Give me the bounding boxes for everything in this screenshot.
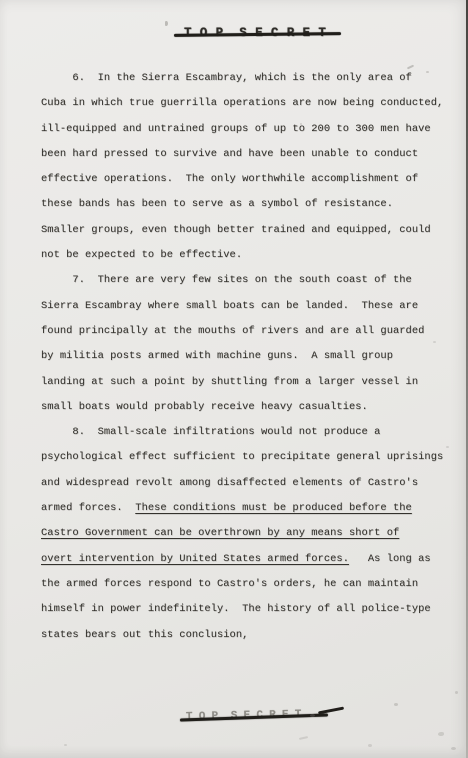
scan-speck: [368, 744, 372, 747]
scan-speck: [165, 21, 168, 26]
typed-text-line: Smaller groups, even though better train…: [41, 218, 461, 243]
typed-text-line: not be expected to be effective.: [41, 243, 461, 268]
typed-text-line: by militia posts armed with machine guns…: [41, 344, 461, 369]
typed-text-line: found principally at the mouths of river…: [41, 319, 461, 344]
typed-text-line: armed forces. These conditions must be p…: [41, 496, 461, 521]
scanned-document-page: T O P S E C R E T 6. In the Sierra Escam…: [0, 0, 468, 758]
typed-text-line: 7. There are very few sites on the south…: [41, 268, 461, 293]
typed-text-line: and widespread revolt among disaffected …: [41, 471, 461, 496]
strikethrough-line-bottom-tail: [318, 707, 344, 715]
scan-speck: [310, 714, 315, 717]
typed-text-line: been hard pressed to survive and have be…: [41, 142, 461, 167]
typed-text-line: Sierra Escambray where small boats can b…: [41, 294, 461, 319]
typed-text-line: the armed forces respond to Castro's ord…: [41, 572, 461, 597]
typed-text-line: states bears out this conclusion,: [41, 623, 461, 648]
document-body: 6. In the Sierra Escambray, which is the…: [41, 66, 461, 648]
typed-text-line: landing at such a point by shuttling fro…: [41, 370, 461, 395]
scan-speck: [455, 691, 458, 694]
typed-text-line: ill-equipped and untrained groups of up …: [41, 117, 461, 142]
typed-text-line: Cuba in which true guerrilla operations …: [41, 91, 461, 116]
scan-speck: [446, 446, 449, 448]
typed-text-line: 8. Small-scale infiltrations would not p…: [41, 420, 461, 445]
typed-text-line: overt intervention by United States arme…: [41, 547, 461, 572]
typed-text-line: Castro Government can be overthrown by a…: [41, 521, 461, 546]
typed-text-line: small boats would probably receive heavy…: [41, 395, 461, 420]
scan-speck: [64, 744, 67, 746]
scan-speck: [438, 732, 444, 736]
scan-speck: [433, 341, 436, 343]
typed-text-line: effective operations. The only worthwhil…: [41, 167, 461, 192]
scan-speck: [426, 71, 429, 73]
scan-speck: [451, 747, 456, 750]
typed-text-line: psychological effect sufficient to preci…: [41, 445, 461, 470]
scan-speck: [300, 123, 302, 125]
scan-speck: [299, 736, 308, 740]
scan-speck: [394, 703, 398, 706]
typed-text-line: himself in power indefinitely. The histo…: [41, 597, 461, 622]
typed-text-line: these bands has been to serve as a symbo…: [41, 192, 461, 217]
typed-text-line: 6. In the Sierra Escambray, which is the…: [41, 66, 461, 91]
